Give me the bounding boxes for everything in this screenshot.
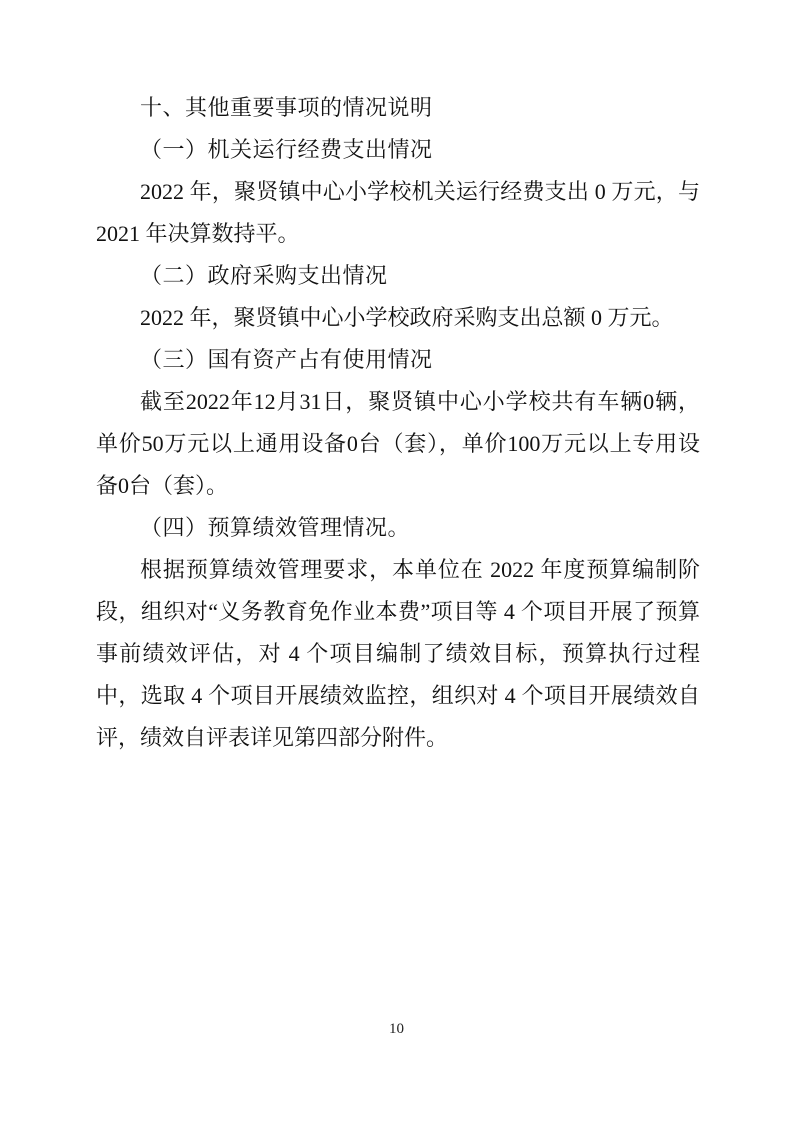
subsection-paragraph-3: 截至2022年12月31日，聚贤镇中心小学校共有车辆0辆，单价50万元以上通用设… [96,381,700,507]
subsection-title-3: （三）国有资产占有使用情况 [96,339,700,381]
subsection-title-2: （二）政府采购支出情况 [96,255,700,297]
subsection-paragraph-1: 2022 年，聚贤镇中心小学校机关运行经费支出 0 万元，与 2021 年决算数… [96,171,700,255]
subsection-paragraph-4: 根据预算绩效管理要求，本单位在 2022 年度预算编制阶段，组织对“义务教育免作… [96,549,700,759]
subsection-title-4: （四）预算绩效管理情况。 [96,507,700,549]
page-number: 10 [0,1020,793,1038]
document-body: 十、其他重要事项的情况说明 （一）机关运行经费支出情况 2022 年，聚贤镇中心… [96,87,700,759]
document-page: 十、其他重要事项的情况说明 （一）机关运行经费支出情况 2022 年，聚贤镇中心… [0,0,793,1122]
section-heading: 十、其他重要事项的情况说明 [96,87,700,129]
subsection-paragraph-2: 2022 年，聚贤镇中心小学校政府采购支出总额 0 万元。 [96,297,700,339]
subsection-title-1: （一）机关运行经费支出情况 [96,129,700,171]
